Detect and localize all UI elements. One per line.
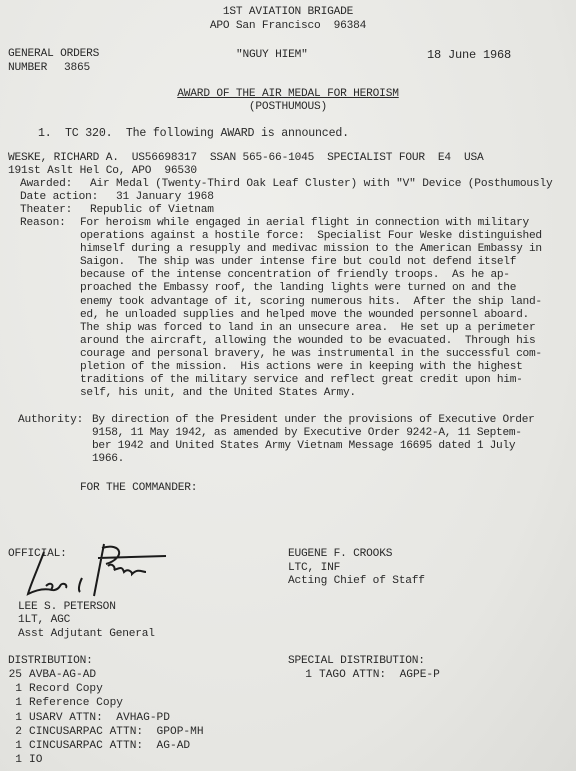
reason-line: Saigon. The ship was under intense fire … [80,256,566,269]
award-title: AWARD OF THE AIR MEDAL FOR HEROISM [0,88,576,101]
reason-line: around the aircraft, allowing the wounde… [80,335,566,348]
awarded-label: Awarded: [20,178,72,191]
distribution-item: 1Reference Copy [0,697,123,710]
distribution-item: 1IO [0,754,42,767]
document-page: 1ST AVIATION BRIGADE APO San Francisco 9… [0,0,576,771]
letterhead-unit: 1ST AVIATION BRIGADE [0,6,576,19]
distribution-count: 1 [0,754,22,767]
commander-rank: LTC, INF [288,562,340,575]
distribution-label: DISTRIBUTION: [8,655,93,668]
award-subtitle: (POSTHUMOUS) [0,101,576,114]
distribution-recipient: Reference Copy [29,697,123,709]
theater-label: Theater: [20,204,72,217]
awarded-value: Air Medal (Twenty-Third Oak Leaf Cluster… [90,178,552,191]
reason-line: himself during a resupply and medivac mi… [80,243,566,256]
authority-line: 9158, 11 May 1942, as amended by Executi… [92,427,576,440]
for-commander: FOR THE COMMANDER: [80,482,197,495]
order-date: 18 June 1968 [427,49,511,62]
reason-line: operations against a hostile force: Spec… [80,230,566,243]
distribution-count: 1 [0,740,22,753]
distribution-count: 2 [0,726,22,739]
distribution-item: 2CINCUSARPAC ATTN: GPOP-MH [0,726,204,739]
order-type-label: GENERAL ORDERS [8,48,99,61]
recipient-line-1: WESKE, RICHARD A. US56698317 SSAN 565-66… [8,152,484,165]
reason-line: traditions of the military service and r… [80,374,566,387]
official-rank: 1LT, AGC [18,614,70,627]
reason-label: Reason: [20,217,66,230]
announcement: 1. TC 320. The following AWARD is announ… [38,127,349,140]
commander-title: Acting Chief of Staff [288,575,425,588]
reason-line: because of the intense concentration of … [80,269,566,282]
reason-line: For heroism while engaged in aerial flig… [80,217,566,230]
distribution-count: 1 [0,697,22,710]
distribution-item: 1CINCUSARPAC ATTN: AG-AD [0,740,190,753]
distribution-item: 1USARV ATTN: AVHAG-PD [0,712,170,725]
distribution-recipient: IO [29,754,42,766]
distribution-item: 25AVBA-AG-AD [0,669,96,682]
distribution-item: 1Record Copy [0,683,103,696]
distribution-recipient: AVBA-AG-AD [29,669,96,681]
reason-line: The ship was forced to land in an unsecu… [80,322,566,335]
special-distribution-label: SPECIAL DISTRIBUTION: [288,655,425,668]
commander-name: EUGENE F. CROOKS [288,548,392,561]
order-motto: "NGUY HIEM" [236,49,308,62]
date-action-label: Date action: [20,191,98,204]
authority-line: 1966. [92,453,576,466]
reason-line: self, his unit, and the United States Ar… [80,387,566,400]
reason-line: courage and personal bravery, he was ins… [80,348,566,361]
order-number: 3865 [64,62,90,75]
date-action-value: 31 January 1968 [116,191,214,204]
letterhead-address: APO San Francisco 96384 [0,20,576,33]
signature-image [16,538,216,598]
order-number-label: NUMBER [8,62,47,75]
reason-line: proached the Embassy roof, the landing l… [80,282,566,295]
authority-label: Authority: [18,414,83,427]
reason-line: enemy took advantage of it, scoring nume… [80,296,566,309]
reason-line: pletion of the mission. His actions were… [80,361,566,374]
reason-line: ed, he unloaded supplies and helped move… [80,309,566,322]
distribution-count: 1 [0,712,22,725]
reason-text: For heroism while engaged in aerial flig… [80,217,566,400]
distribution-count: 25 [0,669,22,682]
distribution-item: 1TAGO ATTN: AGPE-P [290,669,440,682]
distribution-count: 1 [290,669,312,682]
distribution-recipient: CINCUSARPAC ATTN: AG-AD [29,740,190,752]
distribution-count: 1 [0,683,22,696]
official-name: LEE S. PETERSON [18,601,116,614]
authority-line: ber 1942 and United States Army Vietnam … [92,440,576,453]
distribution-recipient: CINCUSARPAC ATTN: GPOP-MH [29,726,204,738]
theater-value: Republic of Vietnam [90,204,214,217]
distribution-recipient: USARV ATTN: AVHAG-PD [29,712,170,724]
authority-text: By direction of the President under the … [92,414,576,466]
recipient-line-2: 191st Aslt Hel Co, APO 96530 [8,165,197,178]
official-title: Asst Adjutant General [18,628,155,641]
distribution-recipient: Record Copy [29,683,103,695]
distribution-recipient: TAGO ATTN: AGPE-P [319,669,440,681]
authority-line: By direction of the President under the … [92,414,576,427]
